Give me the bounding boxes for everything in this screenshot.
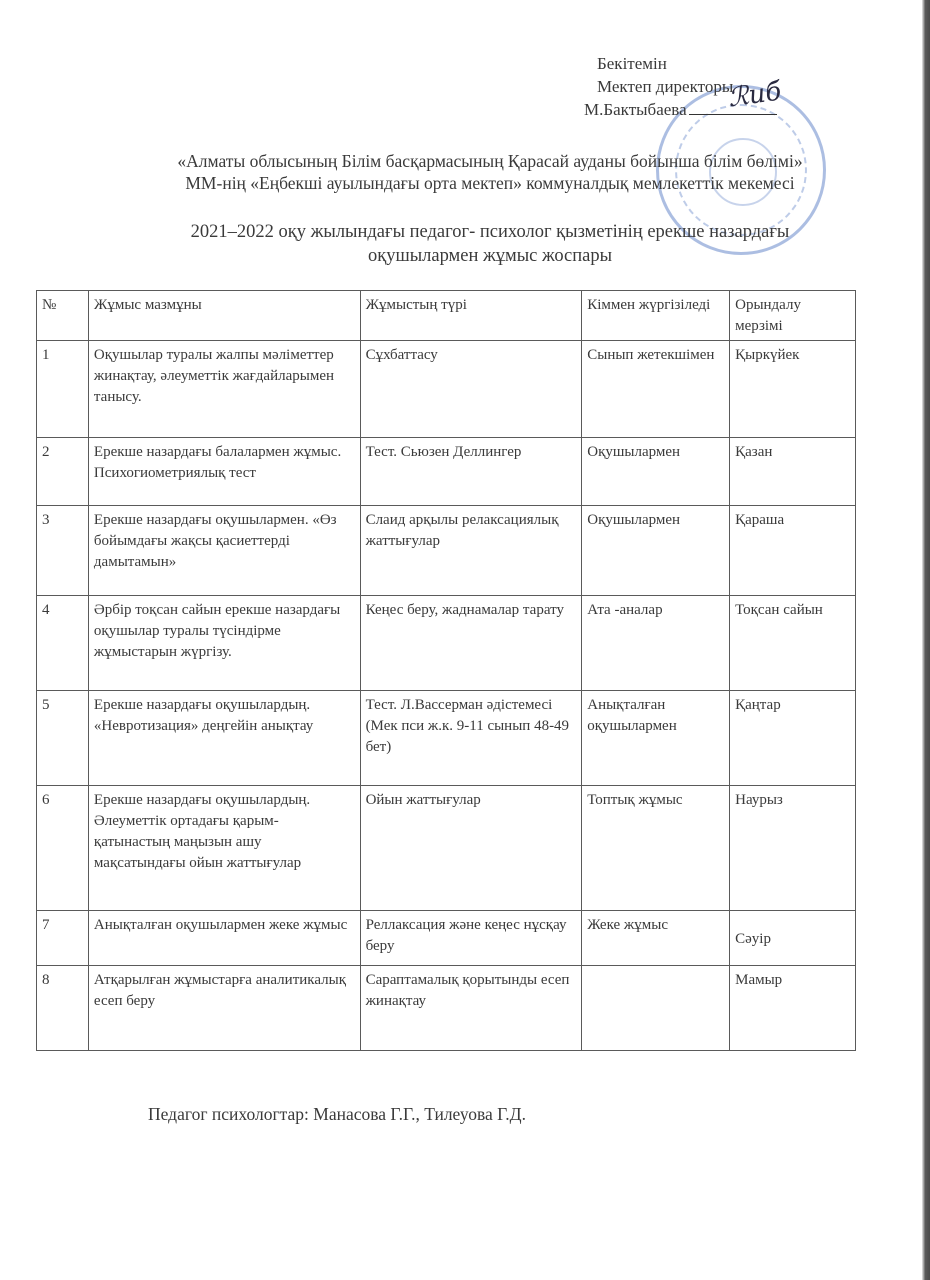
organization-header: «Алматы облысының Білім басқармасының Қа…	[0, 150, 930, 194]
cell-content: Анықталған оқушылармен жеке жұмыс	[88, 911, 360, 966]
cell-with-whom: Оқушылармен	[582, 506, 730, 596]
cell-type: Слаид арқылы релаксациялық жаттығулар	[360, 506, 582, 596]
col-header-content: Жұмыс мазмұны	[88, 291, 360, 341]
cell-with-whom: Сынып жетекшімен	[582, 341, 730, 438]
cell-content: Ерекше назардағы оқушылармен. «Өз бойымд…	[88, 506, 360, 596]
title-line-1: 2021–2022 оқу жылындағы педагог- психоло…	[0, 220, 930, 244]
cell-number: 4	[37, 596, 89, 691]
table-row: 2Ерекше назардағы балалармен жұмыс. Псих…	[37, 438, 856, 506]
cell-content: Әрбір тоқсан сайын ерекше назардағы оқуш…	[88, 596, 360, 691]
cell-number: 1	[37, 341, 89, 438]
cell-number: 2	[37, 438, 89, 506]
cell-type: Реллаксация және кеңес нұсқау беру	[360, 911, 582, 966]
col-header-number: №	[37, 291, 89, 341]
cell-content: Ерекше назардағы оқушылардың. «Невротиза…	[88, 691, 360, 786]
table-row: 1Оқушылар туралы жалпы мәліметтер жинақт…	[37, 341, 856, 438]
cell-with-whom: Оқушылармен	[582, 438, 730, 506]
table-row: 3Ерекше назардағы оқушылармен. «Өз бойым…	[37, 506, 856, 596]
org-line-1: «Алматы облысының Білім басқармасының Қа…	[0, 150, 930, 172]
cell-deadline: Қаңтар	[730, 691, 856, 786]
director-name: М.Бактыбаева	[584, 100, 687, 119]
cell-number: 5	[37, 691, 89, 786]
cell-type: Сұхбаттасу	[360, 341, 582, 438]
cell-deadline: Қараша	[730, 506, 856, 596]
cell-type: Ойын жаттығулар	[360, 786, 582, 911]
col-header-deadline: Орындалу мерзімі	[730, 291, 856, 341]
cell-with-whom	[582, 966, 730, 1051]
cell-content: Ерекше назардағы оқушылардың. Әлеуметтік…	[88, 786, 360, 911]
work-plan-table: № Жұмыс мазмұны Жұмыстың түрі Кіммен жүр…	[36, 290, 856, 1051]
signatories: Педагог психологтар: Манасова Г.Г., Тиле…	[148, 1104, 526, 1125]
table-row: 4Әрбір тоқсан сайын ерекше назардағы оқу…	[37, 596, 856, 691]
table-row: 7Анықталған оқушылармен жеке жұмысРеллак…	[37, 911, 856, 966]
approval-line-approve: Бекітемін	[594, 52, 777, 75]
cell-number: 7	[37, 911, 89, 966]
col-header-type: Жұмыстың түрі	[360, 291, 582, 341]
cell-with-whom: Анықталған оқушылармен	[582, 691, 730, 786]
cell-type: Кеңес беру, жаднамалар тарату	[360, 596, 582, 691]
cell-deadline: Мамыр	[730, 966, 856, 1051]
cell-number: 3	[37, 506, 89, 596]
cell-number: 6	[37, 786, 89, 911]
cell-with-whom: Топтық жұмыс	[582, 786, 730, 911]
cell-with-whom: Ата -аналар	[582, 596, 730, 691]
table-header-row: № Жұмыс мазмұны Жұмыстың түрі Кіммен жүр…	[37, 291, 856, 341]
title-line-2: оқушылармен жұмыс жоспары	[0, 244, 930, 268]
table-row: 6Ерекше назардағы оқушылардың. Әлеуметті…	[37, 786, 856, 911]
cell-type: Сараптамалық қорытынды есеп жинақтау	[360, 966, 582, 1051]
cell-deadline: Қыркүйек	[730, 341, 856, 438]
col-header-with-whom: Кіммен жүргізіледі	[582, 291, 730, 341]
cell-with-whom: Жеке жұмыс	[582, 911, 730, 966]
cell-deadline: Сәуір	[730, 911, 856, 966]
cell-content: Ерекше назардағы балалармен жұмыс. Психо…	[88, 438, 360, 506]
cell-number: 8	[37, 966, 89, 1051]
org-line-2: ММ-нің «Еңбекші ауылындағы орта мектеп» …	[0, 172, 930, 194]
cell-type: Тест. Сьюзен Деллингер	[360, 438, 582, 506]
cell-type: Тест. Л.Вассерман әдістемесі (Мек пси ж.…	[360, 691, 582, 786]
table-row: 5Ерекше назардағы оқушылардың. «Невротиз…	[37, 691, 856, 786]
cell-deadline: Тоқсан сайын	[730, 596, 856, 691]
cell-deadline: Қазан	[730, 438, 856, 506]
cell-content: Оқушылар туралы жалпы мәліметтер жинақта…	[88, 341, 360, 438]
table-row: 8Атқарылған жұмыстарға аналитикалық есеп…	[37, 966, 856, 1051]
document-title: 2021–2022 оқу жылындағы педагог- психоло…	[0, 220, 930, 268]
cell-deadline: Наурыз	[730, 786, 856, 911]
cell-content: Атқарылған жұмыстарға аналитикалық есеп …	[88, 966, 360, 1051]
